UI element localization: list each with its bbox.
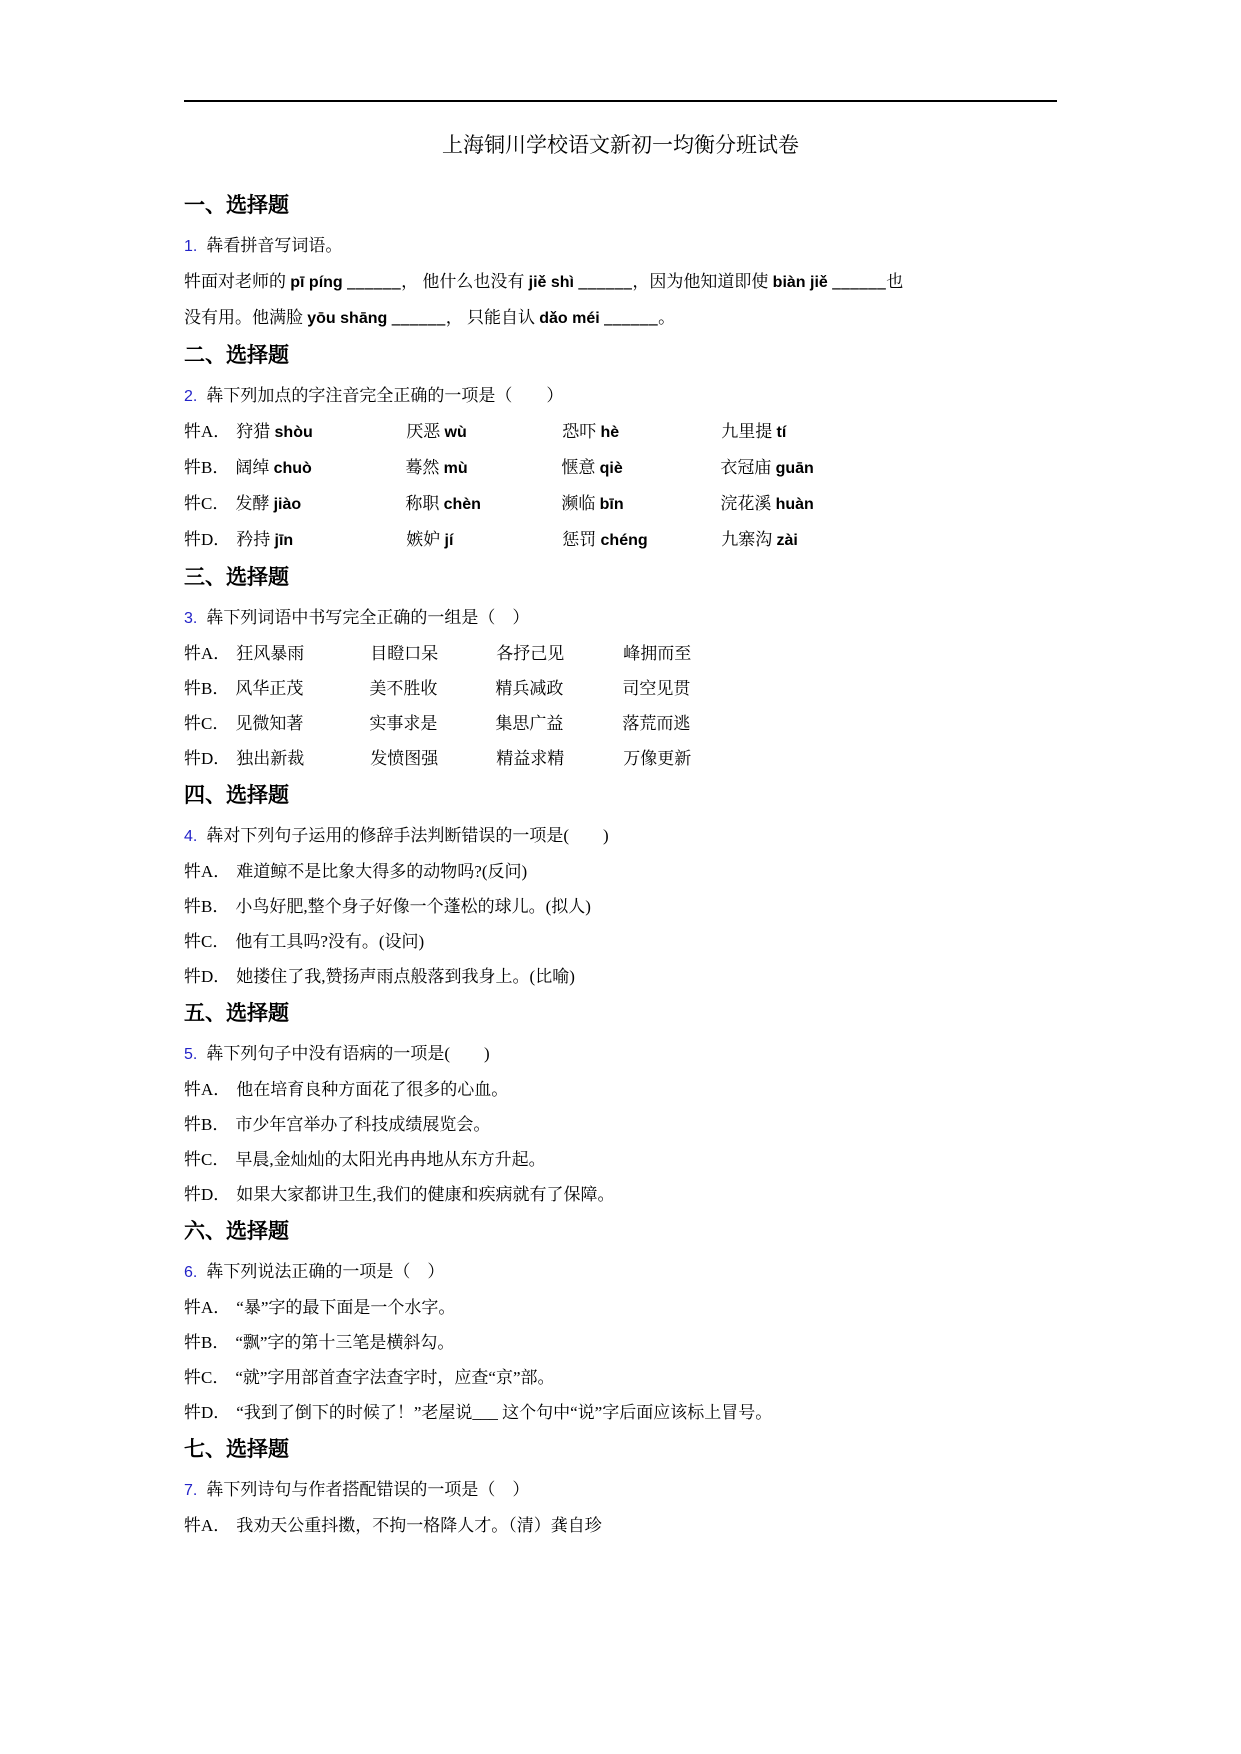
- option-text: 他在培育良种方面花了很多的心血。: [236, 1080, 508, 1099]
- option-word: 美不胜收: [369, 671, 495, 706]
- pinyin: jiào: [274, 496, 302, 513]
- pinyin: huàn: [776, 496, 814, 513]
- page-title: 上海铜川学校语文新初一均衡分班试卷: [184, 130, 1057, 160]
- question-stem: 犇下列诗句与作者搭配错误的一项是（ ）: [206, 1480, 529, 1499]
- pinyin: shòu: [275, 424, 313, 441]
- option-word: 见微知著: [235, 706, 369, 741]
- option-label: 牪B．: [184, 1115, 229, 1134]
- option-text: 他有工具吗?没有。(设问): [235, 932, 424, 951]
- question-number: 5.: [184, 1046, 197, 1063]
- option-cell: 嫉妒 jí: [406, 522, 562, 558]
- question-stem: 犇对下列句子运用的修辞手法判断错误的一项是( ): [206, 826, 608, 845]
- question-stem: 犇下列句子中没有语病的一项是( ): [206, 1044, 489, 1063]
- section-heading: 二、选择题: [184, 340, 1057, 372]
- option-text: 我劝天公重抖擞，不拘一格降人才。（清）龚自珍: [236, 1516, 602, 1535]
- option-text: 她搂住了我,赞扬声雨点般落到我身上。(比喻): [236, 967, 575, 986]
- section-3: 三、选择题 3.犇下列词语中书写完全正确的一组是（ ） 牪A．狂风暴雨目瞪口呆各…: [184, 562, 1057, 776]
- option-row: 牪D．如果大家都讲卫生,我们的健康和疾病就有了保障。: [184, 1177, 1057, 1212]
- section-2: 二、选择题 2.犇下列加点的字注音完全正确的一项是（ ） 牪A．狩猎 shòu厌…: [184, 340, 1057, 558]
- pinyin: qiè: [600, 460, 623, 477]
- text-segment: 牪面对老师的: [184, 272, 290, 291]
- option-label: 牪B．: [184, 679, 229, 698]
- option-row: 牪C．早晨,金灿灿的太阳光冉冉地从东方升起。: [184, 1142, 1057, 1177]
- option-word: 九寨沟: [721, 530, 772, 549]
- option-row: 牪B．市少年宫举办了科技成绩展览会。: [184, 1107, 1057, 1142]
- option-row: 牪A．“暴”字的最下面是一个水字。: [184, 1290, 1057, 1325]
- pinyin: chuò: [274, 460, 312, 477]
- option-label: 牪C．: [184, 932, 229, 951]
- option-label: 牪A．: [184, 862, 230, 881]
- option-cell: 称职 chèn: [405, 486, 561, 522]
- option-word: 风华正茂: [235, 671, 369, 706]
- option-text: 难道鲸不是比象大得多的动物吗?(反问): [236, 862, 527, 881]
- fill-blank-line: 没有用。他满脸 yōu shāng ______， 只能自认 dǎo méi _…: [184, 300, 1057, 336]
- option-label: 牪D．: [184, 967, 230, 986]
- question-row: 1.犇看拼音写词语。: [184, 228, 1057, 264]
- option-row: 牪C．他有工具吗?没有。(设问): [184, 924, 1057, 959]
- question-stem: 犇看拼音写词语。: [206, 236, 342, 255]
- option-cell: 厌恶 wù: [406, 414, 562, 450]
- option-row: 牪A．难道鲸不是比象大得多的动物吗?(反问): [184, 854, 1057, 889]
- option-cell: 浣花溪 huàn: [720, 486, 813, 522]
- text-segment: ， 只能自认: [446, 308, 540, 327]
- option-word: 阔绰: [235, 458, 269, 477]
- option-word: 峰拥而至: [623, 636, 691, 671]
- pinyin: guān: [776, 460, 814, 477]
- option-word: 精兵减政: [495, 671, 622, 706]
- option-text: “飘”字的第十三笔是横斜勾。: [235, 1333, 454, 1352]
- section-7: 七、选择题 7.犇下列诗句与作者搭配错误的一项是（ ） 牪A．我劝天公重抖擞，不…: [184, 1434, 1057, 1543]
- option-row: 牪A．狩猎 shòu厌恶 wù恐吓 hè九里提 tí: [184, 414, 1057, 450]
- question-row: 6.犇下列说法正确的一项是（ ）: [184, 1254, 1057, 1290]
- section-1: 一、选择题 1.犇看拼音写词语。 牪面对老师的 pī píng ______， …: [184, 190, 1057, 336]
- option-label: 牪B．: [184, 1333, 229, 1352]
- blank-segment: ______: [392, 308, 446, 327]
- text-segment: 也: [886, 272, 903, 291]
- text-segment: ， 他什么也没有: [401, 272, 529, 291]
- section-5: 五、选择题 5.犇下列句子中没有语病的一项是( ) 牪A．他在培育良种方面花了很…: [184, 998, 1057, 1212]
- option-label: 牪A．: [184, 1298, 230, 1317]
- option-text: 如果大家都讲卫生,我们的健康和疾病就有了保障。: [236, 1185, 614, 1204]
- question-number: 4.: [184, 828, 197, 845]
- option-word: 惩罚: [562, 530, 596, 549]
- option-cell: 濒临 bīn: [561, 486, 720, 522]
- option-text: 早晨,金灿灿的太阳光冉冉地从东方升起。: [235, 1150, 545, 1169]
- section-heading: 五、选择题: [184, 998, 1057, 1030]
- option-text: 市少年宫举办了科技成绩展览会。: [235, 1115, 490, 1134]
- question-number: 6.: [184, 1264, 197, 1281]
- option-word: 精益求精: [496, 741, 623, 776]
- section-4: 四、选择题 4.犇对下列句子运用的修辞手法判断错误的一项是( ) 牪A．难道鲸不…: [184, 780, 1057, 994]
- option-word: 实事求是: [369, 706, 495, 741]
- option-label: 牪A．: [184, 1080, 230, 1099]
- option-word: 矜持: [236, 530, 270, 549]
- section-heading: 六、选择题: [184, 1216, 1057, 1248]
- option-row: 牪C．“就”字用部首查字法查字时，应查“京”部。: [184, 1360, 1057, 1395]
- option-label: 牪D．: [184, 530, 230, 549]
- option-cell: 九里提 tí: [721, 414, 786, 450]
- option-row: 牪D．“我到了倒下的时候了！”老屋说___ 这个句中“说”字后面应该标上冒号。: [184, 1395, 1057, 1430]
- option-row: 牪C．见微知著实事求是集思广益落荒而逃: [184, 706, 1057, 741]
- option-label: 牪C．: [184, 1150, 229, 1169]
- pinyin-segment: jiě shì: [529, 274, 579, 291]
- pinyin: hè: [601, 424, 620, 441]
- option-word: 目瞪口呆: [370, 636, 496, 671]
- option-word: 厌恶: [406, 422, 440, 441]
- option-word: 浣花溪: [720, 494, 771, 513]
- option-label: 牪D．: [184, 1185, 230, 1204]
- pinyin-segment: biàn jiě: [773, 274, 833, 291]
- option-word: 嫉妒: [406, 530, 440, 549]
- option-row: 牪B．阔绰 chuò蓦然 mù惬意 qiè衣冠庙 guān: [184, 450, 1057, 486]
- question-row: 7.犇下列诗句与作者搭配错误的一项是（ ）: [184, 1472, 1057, 1508]
- question-number: 1.: [184, 238, 197, 255]
- pinyin: bīn: [600, 496, 624, 513]
- option-cell: 狩猎 shòu: [236, 414, 406, 450]
- text-segment: 没有用。他满脸: [184, 308, 307, 327]
- fill-blank-line: 牪面对老师的 pī píng ______， 他什么也没有 jiě shì __…: [184, 264, 1057, 300]
- section-heading: 七、选择题: [184, 1434, 1057, 1466]
- option-label: 牪D．: [184, 1403, 230, 1422]
- option-row: 牪C．发酵 jiào称职 chèn濒临 bīn浣花溪 huàn: [184, 486, 1057, 522]
- option-row: 牪D．她搂住了我,赞扬声雨点般落到我身上。(比喻): [184, 959, 1057, 994]
- question-stem: 犇下列加点的字注音完全正确的一项是（ ）: [206, 386, 563, 405]
- section-heading: 四、选择题: [184, 780, 1057, 812]
- header-rule: [184, 100, 1057, 102]
- question-row: 3.犇下列词语中书写完全正确的一组是（ ）: [184, 600, 1057, 636]
- option-word: 称职: [405, 494, 439, 513]
- question-stem: 犇下列说法正确的一项是（ ）: [206, 1262, 444, 1281]
- option-label: 牪B．: [184, 897, 229, 916]
- option-row: 牪D．独出新裁发愤图强精益求精万像更新: [184, 741, 1057, 776]
- option-word: 惬意: [561, 458, 595, 477]
- option-text: “暴”字的最下面是一个水字。: [236, 1298, 455, 1317]
- section-6: 六、选择题 6.犇下列说法正确的一项是（ ） 牪A．“暴”字的最下面是一个水字。…: [184, 1216, 1057, 1430]
- option-word: 衣冠庙: [720, 458, 771, 477]
- option-word: 狩猎: [236, 422, 270, 441]
- blank-segment: ______: [347, 272, 401, 291]
- option-cell: 惬意 qiè: [561, 450, 720, 486]
- question-row: 4.犇对下列句子运用的修辞手法判断错误的一项是( ): [184, 818, 1057, 854]
- option-text: “就”字用部首查字法查字时，应查“京”部。: [235, 1368, 554, 1387]
- option-row: 牪D．矜持 jīn嫉妒 jí惩罚 chéng九寨沟 zài: [184, 522, 1057, 558]
- pinyin: jí: [445, 532, 454, 549]
- option-word: 落荒而逃: [622, 706, 690, 741]
- option-word: 恐吓: [562, 422, 596, 441]
- pinyin: chéng: [601, 532, 648, 549]
- question-number: 3.: [184, 610, 197, 627]
- pinyin: tí: [777, 424, 787, 441]
- question-row: 2.犇下列加点的字注音完全正确的一项是（ ）: [184, 378, 1057, 414]
- option-cell: 发酵 jiào: [235, 486, 405, 522]
- option-label: 牪A．: [184, 1516, 230, 1535]
- document-content: 上海铜川学校语文新初一均衡分班试卷 一、选择题 1.犇看拼音写词语。 牪面对老师…: [184, 100, 1057, 1543]
- option-word: 司空见贯: [622, 671, 690, 706]
- option-word: 发酵: [235, 494, 269, 513]
- text-segment: 。: [658, 308, 675, 327]
- option-word: 独出新裁: [236, 741, 370, 776]
- text-segment: ，因为他知道即使: [632, 272, 772, 291]
- pinyin: wù: [445, 424, 467, 441]
- option-word: 狂风暴雨: [236, 636, 370, 671]
- pinyin-segment: dǎo méi: [539, 310, 604, 327]
- option-label: 牪C．: [184, 494, 229, 513]
- section-heading: 一、选择题: [184, 190, 1057, 222]
- option-word: 集思广益: [495, 706, 622, 741]
- pinyin-segment: yōu shāng: [307, 310, 391, 327]
- question-number: 2.: [184, 388, 197, 405]
- page: 上海铜川学校语文新初一均衡分班试卷 一、选择题 1.犇看拼音写词语。 牪面对老师…: [0, 0, 1241, 1754]
- option-word: 各抒己见: [496, 636, 623, 671]
- option-cell: 惩罚 chéng: [562, 522, 721, 558]
- option-word: 濒临: [561, 494, 595, 513]
- question-row: 5.犇下列句子中没有语病的一项是( ): [184, 1036, 1057, 1072]
- section-heading: 三、选择题: [184, 562, 1057, 594]
- option-label: 牪C．: [184, 1368, 229, 1387]
- option-label: 牪D．: [184, 749, 230, 768]
- option-text: “我到了倒下的时候了！”老屋说___ 这个句中“说”字后面应该标上冒号。: [236, 1403, 772, 1422]
- pinyin-segment: pī píng: [290, 274, 347, 291]
- option-word: 蓦然: [405, 458, 439, 477]
- pinyin: jīn: [275, 532, 294, 549]
- option-word: 九里提: [721, 422, 772, 441]
- option-label: 牪C．: [184, 714, 229, 733]
- option-cell: 矜持 jīn: [236, 522, 406, 558]
- option-row: 牪B．“飘”字的第十三笔是横斜勾。: [184, 1325, 1057, 1360]
- question-number: 7.: [184, 1482, 197, 1499]
- question-stem: 犇下列词语中书写完全正确的一组是（ ）: [206, 608, 529, 627]
- option-label: 牪A．: [184, 644, 230, 663]
- pinyin: mù: [444, 460, 468, 477]
- option-row: 牪B．小鸟好肥,整个身子好像一个蓬松的球儿。(拟人): [184, 889, 1057, 924]
- option-row: 牪B．风华正茂美不胜收精兵减政司空见贯: [184, 671, 1057, 706]
- option-row: 牪A．狂风暴雨目瞪口呆各抒己见峰拥而至: [184, 636, 1057, 671]
- option-cell: 阔绰 chuò: [235, 450, 405, 486]
- option-word: 万像更新: [623, 741, 691, 776]
- option-row: 牪A．他在培育良种方面花了很多的心血。: [184, 1072, 1057, 1107]
- option-cell: 蓦然 mù: [405, 450, 561, 486]
- option-label: 牪A．: [184, 422, 230, 441]
- option-row: 牪A．我劝天公重抖擞，不拘一格降人才。（清）龚自珍: [184, 1508, 1057, 1543]
- blank-segment: ______: [578, 272, 632, 291]
- option-cell: 衣冠庙 guān: [720, 450, 813, 486]
- option-word: 发愤图强: [370, 741, 496, 776]
- option-cell: 恐吓 hè: [562, 414, 721, 450]
- pinyin: zài: [777, 532, 798, 549]
- option-text: 小鸟好肥,整个身子好像一个蓬松的球儿。(拟人): [235, 897, 591, 916]
- blank-segment: ______: [604, 308, 658, 327]
- option-cell: 九寨沟 zài: [721, 522, 798, 558]
- pinyin: chèn: [444, 496, 481, 513]
- blank-segment: ______: [832, 272, 886, 291]
- option-label: 牪B．: [184, 458, 229, 477]
